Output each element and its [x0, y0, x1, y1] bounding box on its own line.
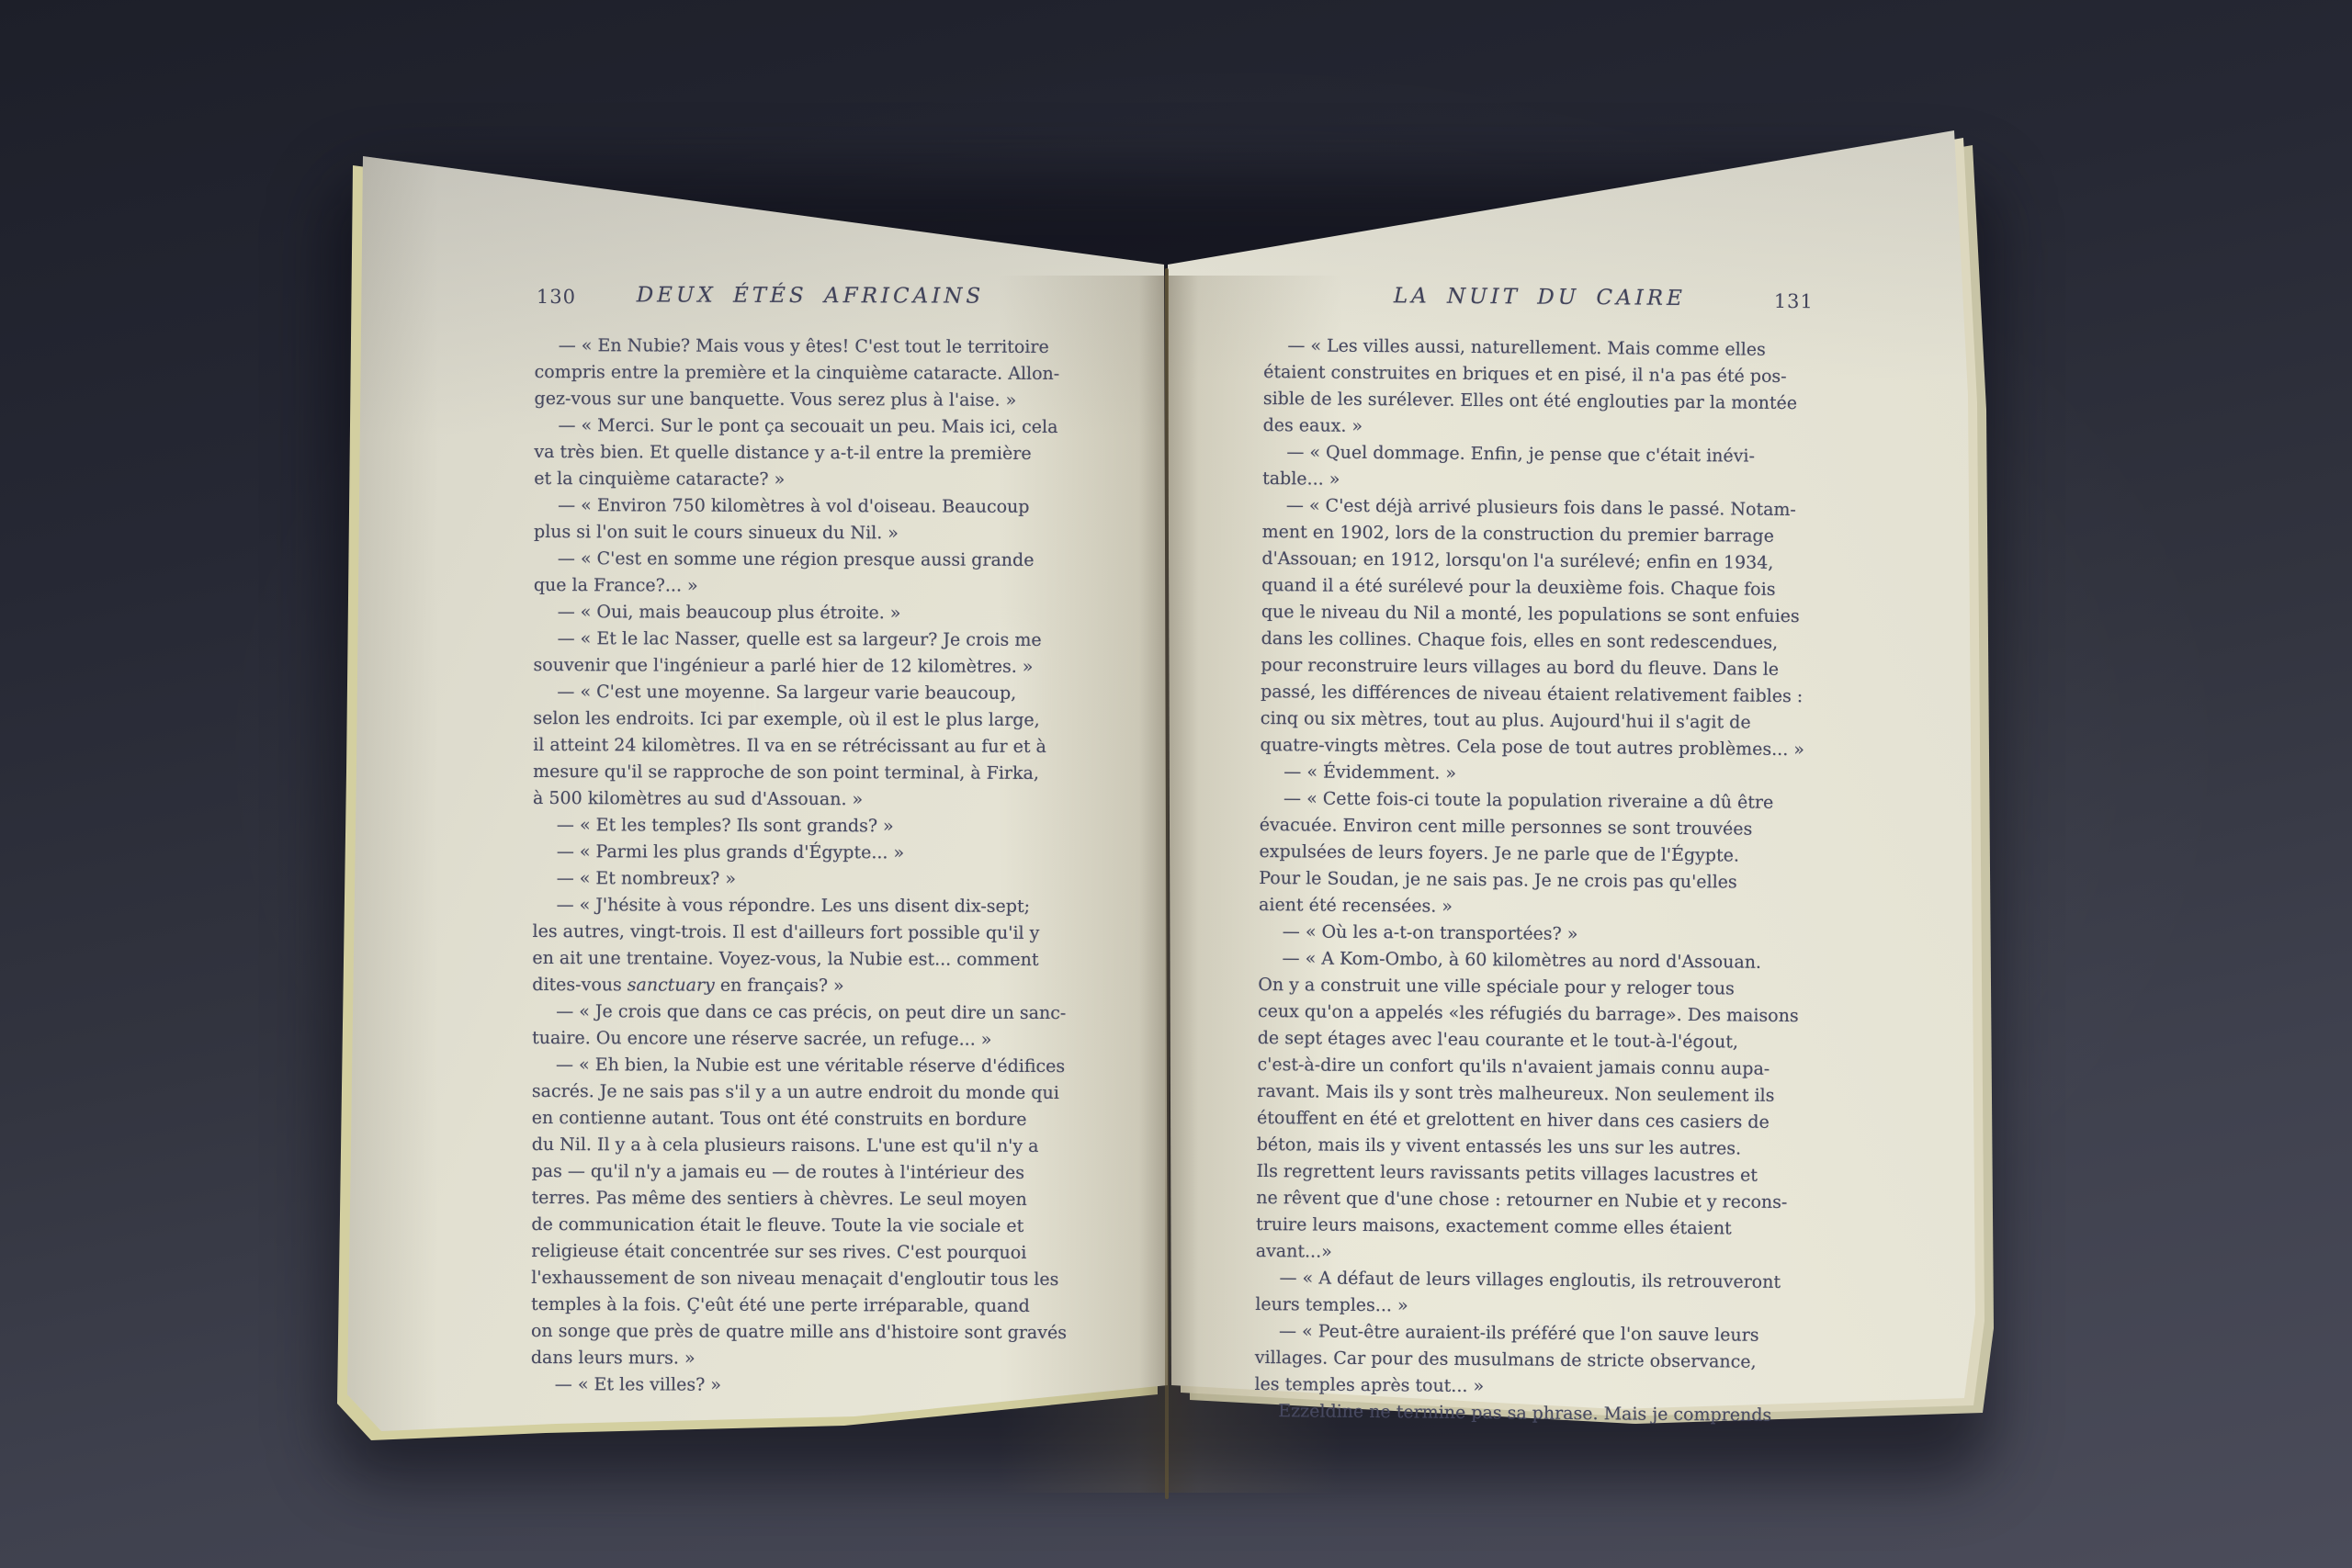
paragraph: — « Quel dommage. Enfin, je pense que c'…: [1262, 439, 1814, 497]
left-page-text: 130 DEUX ÉTÉS AFRICAINS — « En Nubie? Ma…: [531, 283, 1086, 1400]
right-page-text: LA NUIT DU CAIRE 131 — « Les villes auss…: [1254, 283, 1815, 1429]
left-page-head: 130 DEUX ÉTÉS AFRICAINS: [535, 283, 1086, 314]
gutter-crease: [1165, 268, 1169, 1499]
paragraph: — « A Kom-Ombo, à 60 kilomètres au nord …: [1256, 945, 1810, 1269]
paragraph: — « Les villes aussi, naturellement. Mai…: [1263, 333, 1815, 444]
paragraph: — « Et le lac Nasser, quelle est sa larg…: [533, 626, 1084, 681]
paragraph: — « Je crois que dans ce cas précis, on …: [532, 998, 1083, 1054]
paragraph: — « C'est une moyenne. Sa largeur varie …: [533, 679, 1085, 814]
paragraph: — « Oui, mais beaucoup plus étroite. »: [534, 599, 1085, 627]
paragraph: Ezzeldine ne termine pas sa phrase. Mais…: [1254, 1398, 1805, 1429]
running-header: LA NUIT DU CAIRE: [1394, 284, 1686, 310]
paragraph: — « Et nombreux? »: [533, 865, 1084, 894]
paragraph: — « Et les villes? »: [531, 1371, 1082, 1400]
paragraph: — « Et les temples? Ils sont grands? »: [533, 812, 1084, 840]
photo-background: 130 DEUX ÉTÉS AFRICAINS — « En Nubie? Ma…: [0, 0, 2352, 1568]
paragraph: — « A défaut de leurs villages engloutis…: [1255, 1265, 1806, 1323]
italic-word: sanctuary: [628, 975, 715, 995]
paragraph: — « Environ 750 kilomètres à vol d'oisea…: [534, 492, 1085, 547]
paragraph: — « Cette fois-ci toute la population ri…: [1259, 785, 1811, 923]
paragraph: — « Merci. Sur le pont ça secouait un pe…: [534, 412, 1085, 494]
paragraph: — « Peut-être auraient-ils préféré que l…: [1254, 1318, 1806, 1403]
page-number: 130: [537, 286, 576, 308]
right-page-head: LA NUIT DU CAIRE 131: [1264, 283, 1815, 317]
paragraph: — « C'est en somme une région presque au…: [534, 546, 1085, 601]
paragraph: — « En Nubie? Mais vous y êtes! C'est to…: [535, 333, 1086, 414]
running-header: DEUX ÉTÉS AFRICAINS: [637, 283, 985, 308]
paragraph: — « C'est déjà arrivé plusieurs fois dan…: [1260, 492, 1814, 763]
paragraph: — « Eh bien, la Nubie est une véritable …: [531, 1052, 1083, 1373]
open-book: 130 DEUX ÉTÉS AFRICAINS — « En Nubie? Ma…: [340, 119, 1984, 1442]
paragraph-text: en français? »: [715, 976, 844, 996]
page-number: 131: [1774, 290, 1814, 312]
paragraph: — « Parmi les plus grands d'Égypte... »: [533, 839, 1084, 867]
paragraph: — « J'hésite à vous répondre. Les uns di…: [532, 892, 1083, 1000]
